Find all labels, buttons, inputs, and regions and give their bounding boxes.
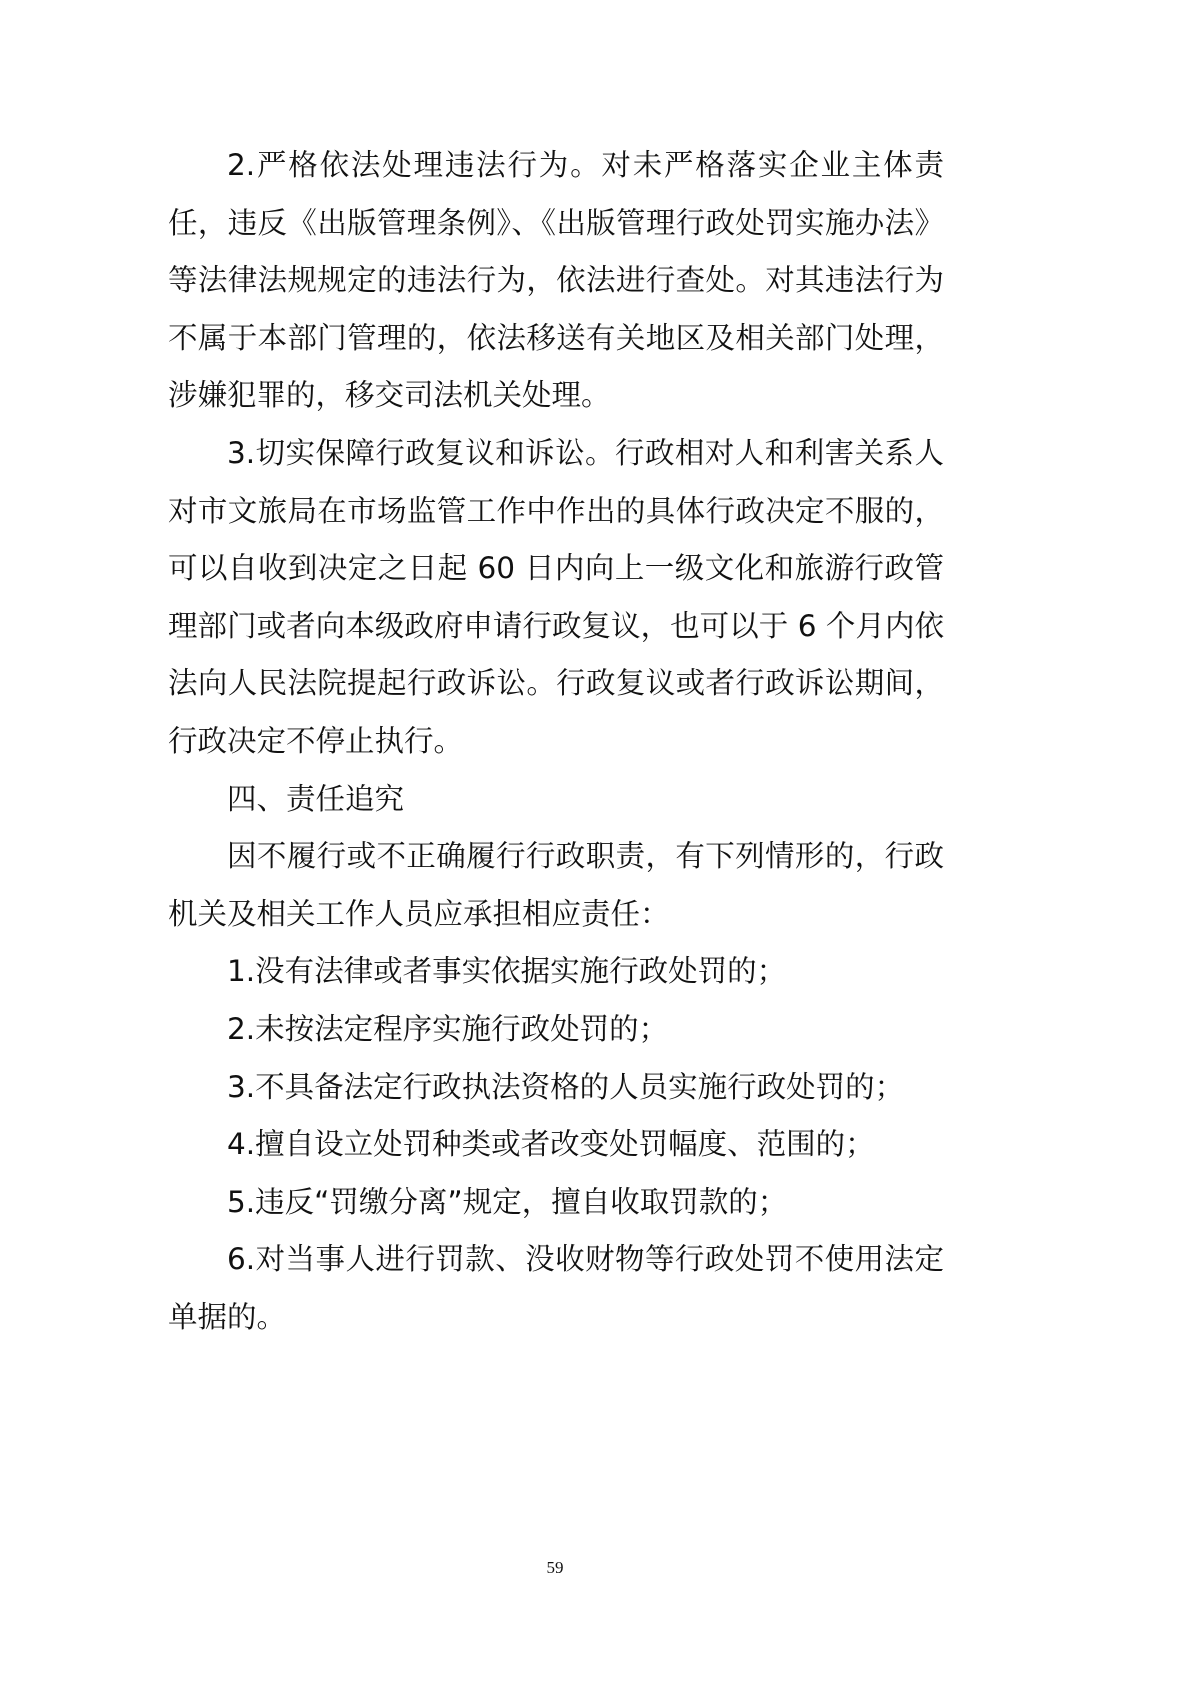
- paragraph-strict-enforcement: 2.严格依法处理违法行为。对未严格落实企业主体责任，违反《出版管理条例》、《出版…: [168, 137, 944, 425]
- section-heading-accountability: 四、责任追究: [168, 771, 944, 829]
- page-number: 59: [0, 1558, 1110, 1578]
- list-item-1: 1.没有法律或者事实依据实施行政处罚的；: [168, 943, 944, 1001]
- list-item-5: 5.违反“罚缴分离”规定，擅自收取罚款的；: [168, 1174, 944, 1232]
- paragraph-accountability-intro: 因不履行或不正确履行行政职责，有下列情形的，行政机关及相关工作人员应承担相应责任…: [168, 828, 944, 943]
- document-body: 2.严格依法处理违法行为。对未严格落实企业主体责任，违反《出版管理条例》、《出版…: [168, 137, 944, 1346]
- paragraph-administrative-review: 3.切实保障行政复议和诉讼。行政相对人和利害关系人对市文旅局在市场监管工作中作出…: [168, 425, 944, 771]
- list-item-6: 6.对当事人进行罚款、没收财物等行政处罚不使用法定单据的。: [168, 1231, 944, 1346]
- list-item-4: 4.擅自设立处罚种类或者改变处罚幅度、范围的；: [168, 1116, 944, 1174]
- list-item-3: 3.不具备法定行政执法资格的人员实施行政处罚的；: [168, 1059, 944, 1117]
- list-item-2: 2.未按法定程序实施行政处罚的；: [168, 1001, 944, 1059]
